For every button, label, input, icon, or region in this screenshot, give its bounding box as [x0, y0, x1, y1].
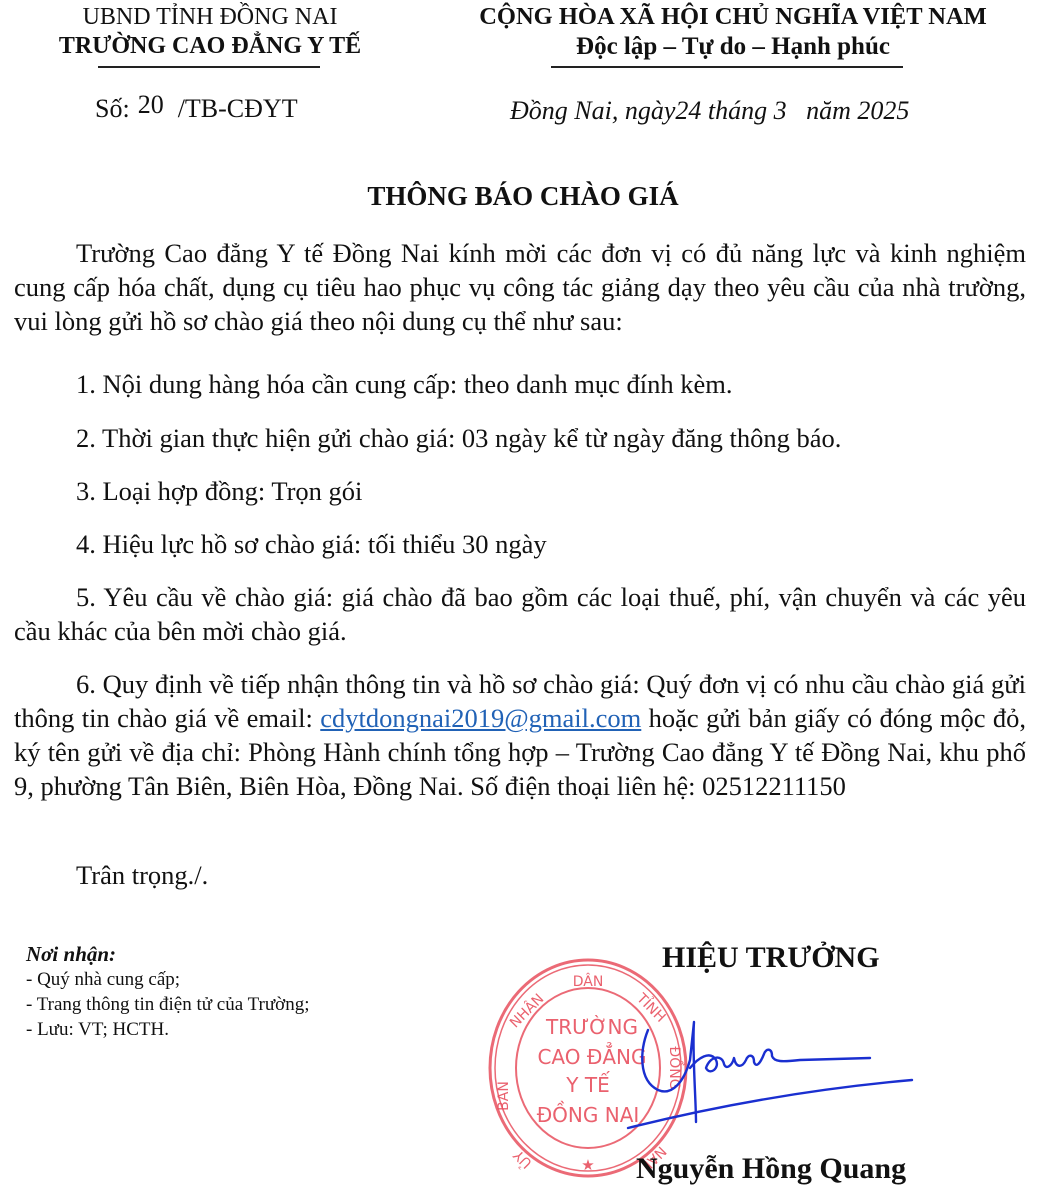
national-motto: Độc lập – Tự do – Hạnh phúc — [420, 32, 1046, 62]
list-item: 3. Loại hợp đồng: Trọn gói — [14, 474, 1026, 508]
date-line: Đồng Nai, ngày24 tháng 3 năm 2025 — [510, 96, 909, 126]
number-prefix: Số: — [95, 94, 130, 123]
date-year-label: năm — [806, 96, 851, 125]
signer-name: Nguyễn Hồng Quang — [636, 1152, 906, 1186]
right-header-divider — [551, 66, 903, 68]
issuing-organization: TRƯỜNG CAO ĐẲNG Y TẾ — [0, 31, 420, 61]
svg-text:★: ★ — [581, 1156, 594, 1174]
date-month: 3 — [774, 96, 787, 125]
list-item: 5. Yêu cầu về chào giá: giá chào đã bao … — [14, 580, 1026, 648]
list-item: 1. Nội dung hàng hóa cần cung cấp: theo … — [14, 367, 1026, 401]
issuing-authority: UBND TỈNH ĐỒNG NAI — [0, 2, 420, 32]
recipient-item: - Trang thông tin điện tử của Trường; — [26, 992, 309, 1017]
number-suffix: /TB-CĐYT — [178, 94, 298, 123]
recipients-title: Nơi nhận: — [26, 942, 309, 967]
email-link[interactable]: cdytdongnai2019@gmail.com — [320, 703, 641, 733]
intro-paragraph: Trường Cao đẳng Y tế Đồng Nai kính mời c… — [14, 236, 1026, 338]
recipients-block: Nơi nhận: - Quý nhà cung cấp; - Trang th… — [26, 942, 309, 1042]
list-item: 4. Hiệu lực hồ sơ chào giá: tối thiểu 30… — [14, 527, 1026, 561]
number-value: 20 — [138, 90, 164, 119]
recipient-item: - Lưu: VT; HCTH. — [26, 1017, 309, 1042]
date-year: 2025 — [857, 96, 909, 125]
date-month-label: tháng — [708, 96, 767, 125]
date-day: 24 — [675, 96, 701, 125]
svg-text:BAN: BAN — [496, 1081, 512, 1111]
closing: Trân trọng./. — [14, 858, 1026, 892]
signer-position: HIỆU TRƯỞNG — [662, 941, 880, 975]
national-title: CỘNG HÒA XÃ HỘI CHỦ NGHĨA VIỆT NAM — [420, 2, 1046, 32]
handwritten-signature-icon — [560, 1010, 920, 1140]
svg-text:DÂN: DÂN — [573, 972, 604, 990]
left-header-divider — [98, 66, 320, 68]
document-title: THÔNG BÁO CHÀO GIÁ — [0, 181, 1046, 212]
document-number: Số:20/TB-CĐYT — [95, 94, 298, 124]
list-item: 2. Thời gian thực hiện gửi chào giá: 03 … — [14, 421, 1026, 455]
list-item-contact: 6. Quy định về tiếp nhận thông tin và hồ… — [14, 667, 1026, 803]
recipient-item: - Quý nhà cung cấp; — [26, 967, 309, 992]
date-place: Đồng Nai, ngày — [510, 96, 675, 125]
